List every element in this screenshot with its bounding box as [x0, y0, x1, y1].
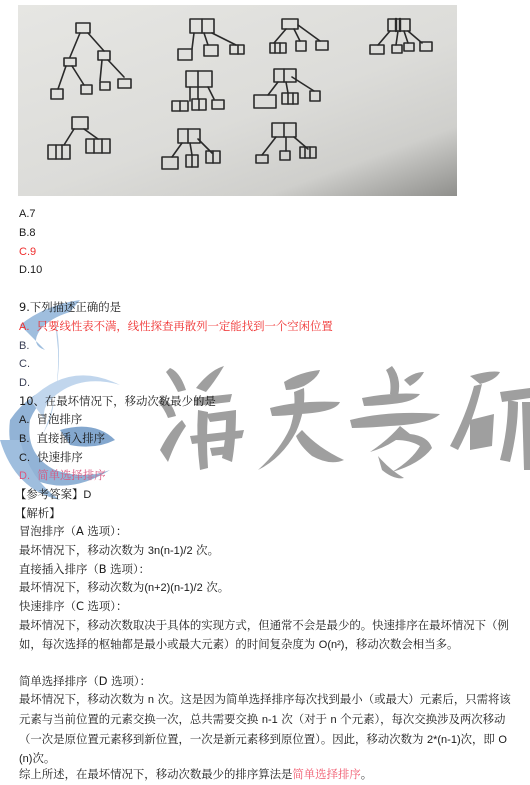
tree-3 [270, 19, 328, 53]
option-label: C. [19, 358, 30, 370]
analysis-a-title: 冒泡排序（A 选项）： [19, 522, 127, 541]
tree-6 [254, 69, 320, 108]
option-text: 冒泡排序 [37, 412, 83, 426]
option-label: A. [19, 321, 29, 333]
tree-2 [178, 19, 244, 60]
text: 最坏情况下，移动次数为 [19, 543, 148, 557]
option-label: D. [19, 377, 30, 389]
formula: (n+2)(n-1)/2 [144, 582, 202, 594]
text: 次（对于 [278, 712, 331, 726]
q9-option-b: B. [19, 336, 29, 355]
text: 最坏情况下，移动次数为 [19, 692, 148, 706]
analysis-d-text: 最坏情况下，移动次数为 n 次。这是因为简单选择排序每次找到最小（或最大）元素后… [19, 690, 519, 769]
option-label: C. [19, 452, 30, 464]
text: 综上所述，在最坏情况下，移动次数最少的排序算法是 [19, 767, 292, 781]
q8-option-a: A.7 [19, 204, 36, 223]
text: 次。 [193, 543, 219, 557]
text: 次，即 [461, 732, 499, 746]
analysis-b-title: 直接插入排序（B 选项）： [19, 560, 150, 579]
text: ，移动次数会相当多。 [344, 637, 458, 651]
text: 最坏情况下，移动次数为 [19, 580, 144, 594]
tree-4 [370, 19, 432, 54]
tree-8 [162, 129, 220, 169]
formula: n-1 [262, 714, 278, 726]
formula: 3n(n-1)/2 [148, 545, 193, 557]
option-label: C.9 [19, 246, 36, 258]
q8-option-d: D.10 [19, 260, 42, 279]
q9-option-d: D. [19, 373, 30, 392]
q10-option-c: C. 快速排序 [19, 448, 83, 467]
q10-option-d-correct: D. 简单选择排序 [19, 466, 106, 485]
tree-5 [172, 71, 224, 111]
formula: 2*(n-1) [427, 734, 461, 746]
q10-stem: 10、在最坏情况下，移动次数最少的是 [19, 392, 216, 411]
option-text: 只要线性表不满，线性探查再散列一定能找到一个空闲位置 [37, 319, 333, 333]
option-text: 直接插入排序 [37, 431, 105, 445]
option-label: D.10 [19, 264, 42, 276]
analysis-d-title: 简单选择排序（D 选项）： [19, 672, 151, 691]
analysis-c-text: 最坏情况下，移动次数取决于具体的实现方式，但通常不会是最少的。快速排序在最坏情况… [19, 616, 519, 655]
hand-drawn-trees-drawing [18, 5, 457, 196]
highlight-answer: 简单选择排序 [292, 767, 360, 781]
option-text: 简单选择排序 [37, 468, 105, 482]
q9-stem: 9.下列描述正确的是 [19, 298, 121, 317]
reference-answer: 【参考答案】D [15, 485, 91, 504]
formula: O(n²) [319, 639, 345, 651]
tree-diagram-photo [18, 5, 457, 196]
analysis-c-title: 快速排序（C 选项）： [19, 597, 127, 616]
option-label: A.7 [19, 208, 36, 220]
tree-1 [51, 23, 131, 99]
analysis-title: 【解析】 [15, 504, 61, 523]
tree-7 [48, 117, 110, 159]
text: 次。 [32, 751, 55, 765]
analysis-a-text: 最坏情况下，移动次数为 3n(n-1)/2 次。 [19, 541, 219, 560]
option-label: D. [19, 470, 30, 482]
option-label: B. [19, 433, 29, 445]
q10-option-b: B. 直接插入排序 [19, 429, 105, 448]
option-text: 快速排序 [37, 450, 83, 464]
answer-label: 【参考答案】 [15, 487, 83, 501]
option-label: B.8 [19, 227, 36, 239]
watermark-text [158, 366, 530, 478]
q8-option-c-correct: C.9 [19, 242, 36, 261]
option-label: A. [19, 414, 29, 426]
q8-option-b: B.8 [19, 223, 36, 242]
answer-value: D [83, 489, 91, 501]
analysis-conclusion: 综上所述，在最坏情况下，移动次数最少的排序算法是简单选择排序。 [19, 765, 372, 784]
text: 次。 [203, 580, 229, 594]
option-label: B. [19, 340, 29, 352]
text: 。 [361, 767, 372, 781]
q9-option-a-correct: A. 只要线性表不满，线性探查再散列一定能找到一个空闲位置 [19, 317, 333, 336]
tree-9 [256, 123, 316, 163]
q10-option-a: A. 冒泡排序 [19, 410, 82, 429]
analysis-b-text: 最坏情况下，移动次数为(n+2)(n-1)/2 次。 [19, 578, 229, 597]
q9-option-c: C. [19, 354, 30, 373]
